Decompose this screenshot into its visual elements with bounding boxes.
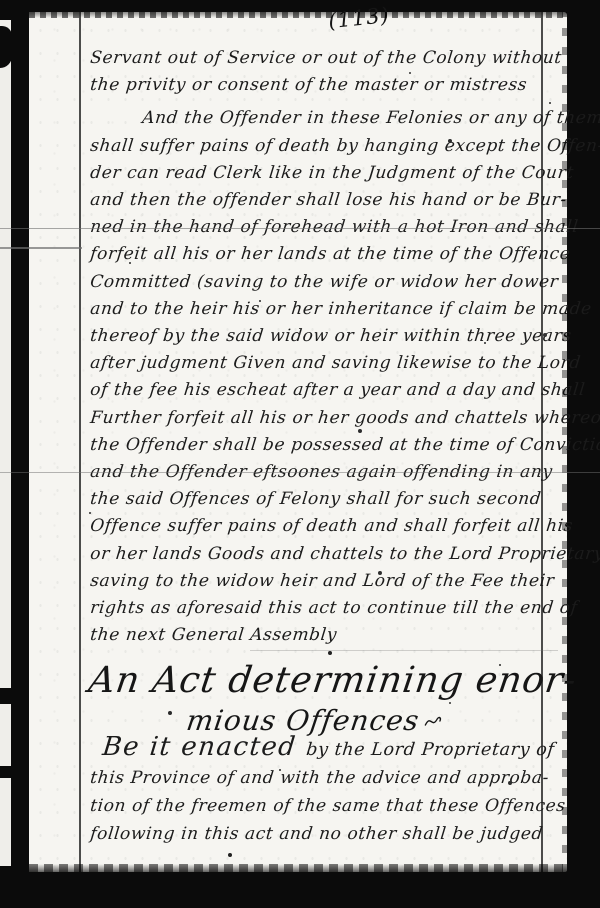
film-edge-bottom bbox=[29, 864, 567, 872]
page-number: (113) bbox=[298, 0, 420, 36]
fold-line bbox=[0, 472, 600, 473]
manuscript-line: and then the offender shall lose his han… bbox=[89, 188, 568, 212]
manuscript-line: the said Offences of Felony shall for su… bbox=[89, 487, 543, 511]
act-heading-text1: An Act determining enor- bbox=[86, 660, 579, 701]
film-edge-gap bbox=[0, 766, 11, 778]
film-edge-right bbox=[562, 12, 567, 872]
manuscript-line: Offence suffer pains of death and shall … bbox=[89, 514, 574, 538]
manuscript-line: shall suffer pains of death by hanging e… bbox=[89, 134, 600, 158]
enacting-line: following in this act and no other shall… bbox=[89, 822, 544, 846]
manuscript-line: saving to the widow heir and Lord of the… bbox=[89, 569, 556, 593]
manuscript-line: of the fee his escheat after a year and … bbox=[89, 378, 586, 402]
film-edge-sliver bbox=[0, 20, 11, 866]
enacting-rest: by the Lord Proprietary of bbox=[305, 740, 555, 760]
manuscript-line: forfeit all his or her lands at the time… bbox=[89, 242, 572, 266]
film-edge-top bbox=[29, 12, 567, 18]
manuscript-line: rights as aforesaid this act to continue… bbox=[89, 596, 579, 620]
manuscript-line: and to the heir his or her inheritance i… bbox=[89, 297, 593, 321]
margin-rule-left bbox=[79, 12, 81, 872]
microfilm-frame: (113) Servant out of Service or out of t… bbox=[0, 0, 600, 908]
manuscript-line: the Offender shall be possessed at the t… bbox=[89, 433, 600, 457]
fold-line-faint bbox=[250, 650, 558, 651]
manuscript-line: the next General Assembly bbox=[89, 623, 338, 647]
manuscript-line: after judgment Given and saving likewise… bbox=[89, 351, 582, 375]
manuscript-page: (113) Servant out of Service or out of t… bbox=[29, 12, 567, 872]
fold-line-short bbox=[0, 247, 82, 249]
manuscript-line: or her lands Goods and chattels to the L… bbox=[89, 542, 600, 566]
manuscript-line: And the Offender in these Felonies or an… bbox=[141, 106, 600, 130]
manuscript-line: der can read Clerk like in the Judgment … bbox=[89, 161, 575, 185]
film-edge-bar bbox=[11, 0, 29, 908]
manuscript-line: thereof by the said widow or heir within… bbox=[89, 324, 573, 348]
manuscript-line: the privity or consent of the master or … bbox=[89, 73, 528, 97]
film-edge-gap bbox=[0, 688, 11, 704]
enacting-lead: Be it enacted bbox=[101, 732, 298, 762]
enacting-clause-first-line: Be it enactedby the Lord Proprietary of bbox=[101, 732, 556, 762]
enacting-line: tion of the freemen of the same that the… bbox=[89, 794, 567, 818]
fold-line bbox=[0, 228, 600, 229]
manuscript-line: Servant out of Service or out of the Col… bbox=[89, 46, 563, 70]
manuscript-line: Further forfeit all his or her goods and… bbox=[89, 406, 600, 430]
enacting-line: this Province of and with the advice and… bbox=[89, 766, 550, 790]
manuscript-line: Committed (saving to the wife or widow h… bbox=[89, 270, 560, 294]
act-heading-line1: An Act determining enor- bbox=[86, 660, 544, 701]
flourish-icon bbox=[422, 712, 445, 730]
